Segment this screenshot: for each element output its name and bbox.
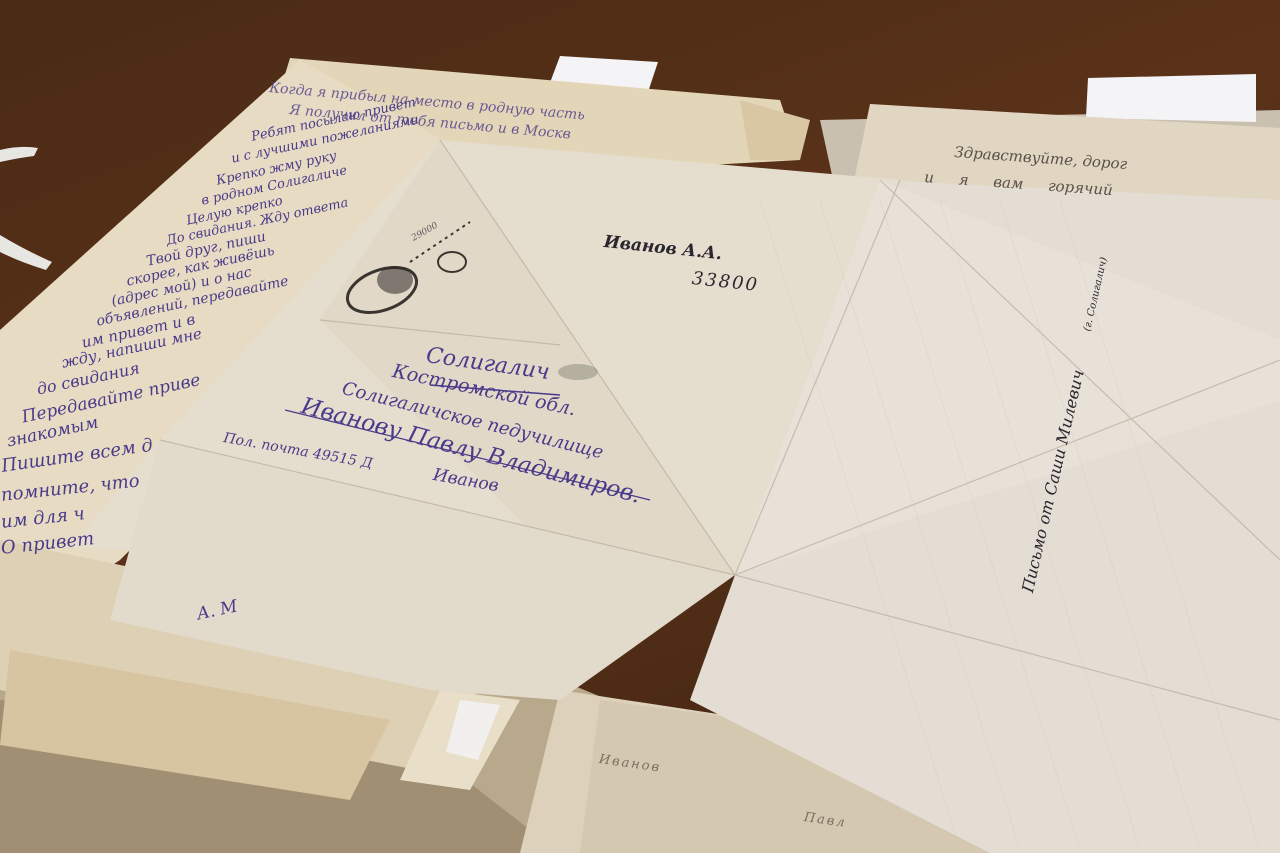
index-tab: [1086, 74, 1256, 122]
photo-scene: Когда я прибыл на место в родную часть Я…: [0, 0, 1280, 853]
paper-stack: [0, 0, 1280, 853]
string-icon: [0, 147, 38, 162]
